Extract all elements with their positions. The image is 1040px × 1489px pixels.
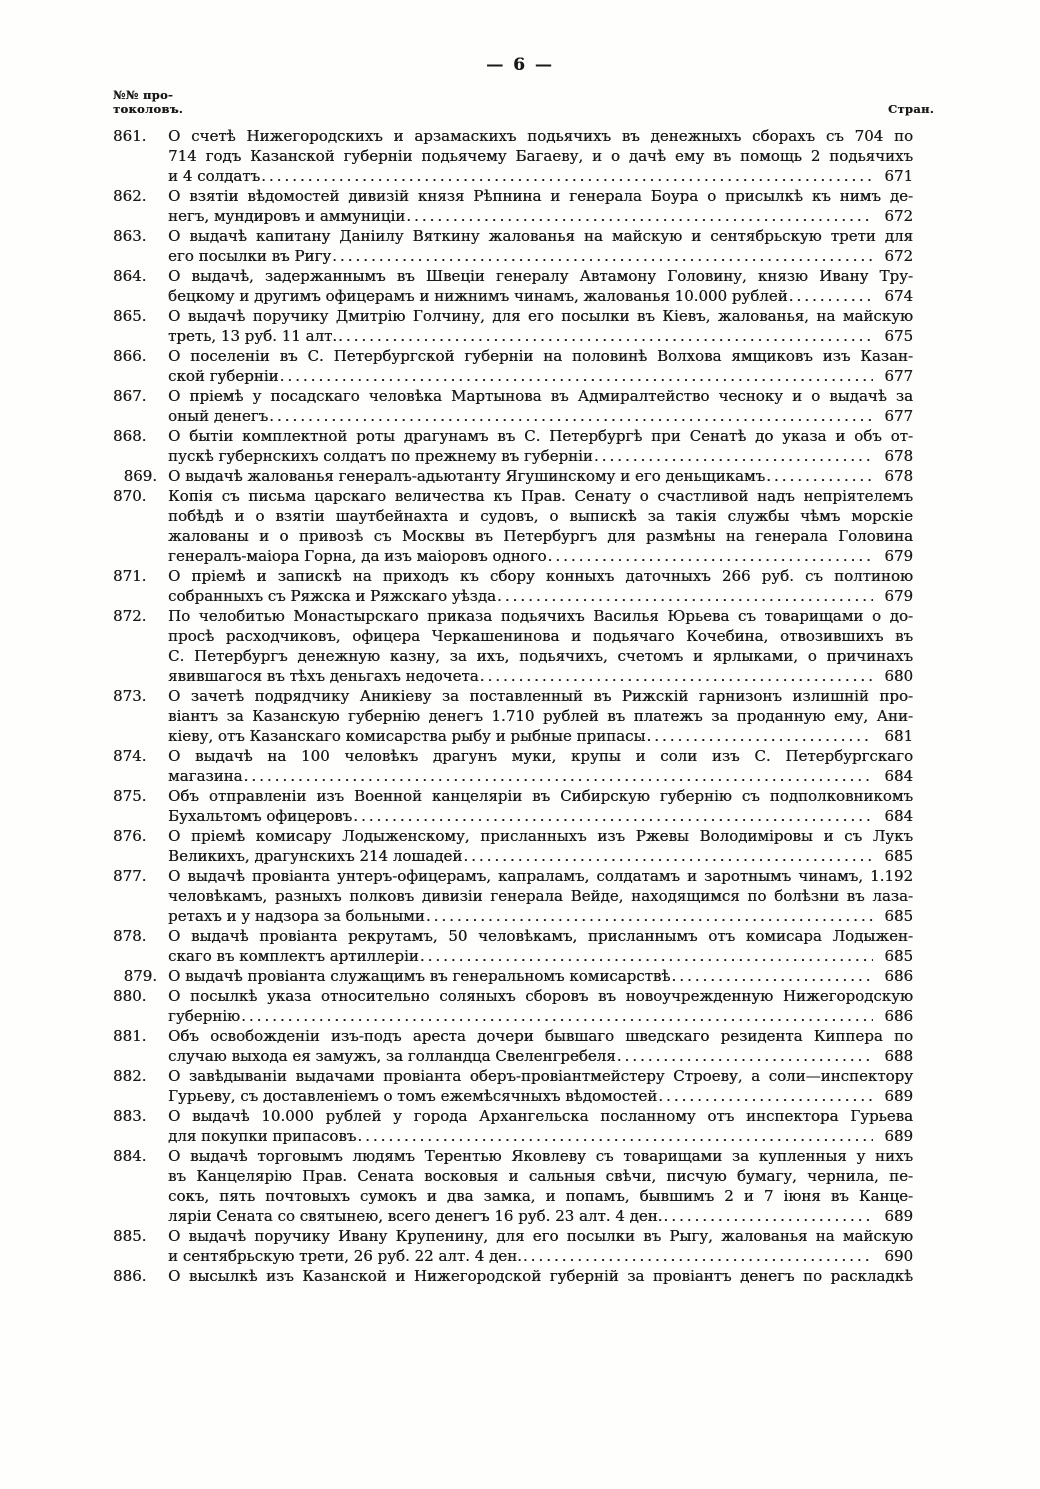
dot-leader [671,966,873,986]
dot-leader [280,366,873,386]
toc-entry: 873.О зачетѣ подрядчику Аникіеву за пост… [113,686,913,746]
entry-line: 865.О выдачѣ поручику Дмитрію Голчину, д… [113,306,913,326]
entry-page-number: 686 [879,1006,913,1026]
entry-text: и 4 солдатъ [168,166,260,186]
entry-number: 875. [113,786,157,806]
entry-text: О посылкѣ указа относительно соляныхъ сб… [168,987,913,1005]
entry-text: въ Канцелярію Прав. Сената восковыя и са… [168,1167,913,1185]
entry-line: 878.О выдачѣ провіанта рекрутамъ, 50 чел… [113,926,913,946]
protocol-header-line2: токоловъ. [113,102,183,116]
entry-line: 714 годъ Казанской губерніи подьячему Ба… [113,146,913,166]
entry-line: и 4 солдатъ671 [113,166,913,186]
dot-leader [338,326,873,346]
entry-text: ляріи Сената со святынею, всего денегъ 1… [168,1206,662,1226]
entry-text: О выдачѣ поручику Ивану Крупенину, для е… [168,1227,913,1245]
dot-leader [646,726,873,746]
entry-text: О бытіи комплектной роты драгунамъ въ С.… [168,427,913,445]
entry-line: 874.О выдачѣ на 100 человѣкъ драгунъ мук… [113,746,913,766]
entry-text: человѣкамъ, разныхъ полковъ дивизіи гене… [168,887,913,905]
entry-line: 870.Копія съ письма царскаго величества … [113,486,913,506]
entry-text: сокъ, пять почтовыхъ сумокъ и два замка,… [168,1187,913,1205]
entry-line: 884.О выдачѣ торговымъ людямъ Терентью Я… [113,1146,913,1166]
entry-text: побѣдѣ и о взятіи шаутбейнахта и судовъ,… [168,507,913,525]
entry-text: О пріемѣ и запискѣ на приходъ къ сбору к… [168,567,913,585]
dot-leader [663,1206,873,1226]
dot-leader [497,586,873,606]
entry-text: бецкому и другимъ офицерамъ и нижнимъ чи… [168,286,788,306]
entry-number: 873. [113,686,157,706]
toc-entry: 872.По челобитью Монастырскаго приказа п… [113,606,913,686]
dot-leader [548,546,873,566]
entry-text: О выдачѣ, задержаннымъ въ Швеціи генерал… [168,267,913,285]
entry-text: О выдачѣ торговымъ людямъ Терентью Яковл… [168,1147,913,1165]
entry-number: 864. [113,266,157,286]
toc-entry: 863.О выдачѣ капитану Даніилу Вяткину жа… [113,226,913,266]
entry-text: оный денегъ [168,406,268,426]
entry-text: О взятіи вѣдомостей дивизій князя Рѣпнин… [168,187,913,205]
entry-page-number: 681 [879,726,913,746]
protocol-number-column-header: №№ про- токоловъ. [113,88,183,116]
entry-line: оный денегъ677 [113,406,913,426]
entry-number: 882. [113,1066,157,1086]
toc-entry: 870.Копія съ письма царскаго величества … [113,486,913,566]
entry-text: кіеву, отъ Казанскаго комисарства рыбу и… [168,726,645,746]
entry-number: 869. [113,466,157,486]
entry-line: жалованы и о привозѣ съ Москвы въ Петерб… [113,526,913,546]
entry-line: бецкому и другимъ офицерамъ и нижнимъ чи… [113,286,913,306]
dot-leader [426,906,873,926]
entry-page-number: 672 [879,206,913,226]
entry-line: собранныхъ съ Ряжска и Ряжскаго уѣзда679 [113,586,913,606]
entry-page-number: 684 [879,806,913,826]
dot-leader [463,846,873,866]
toc-entry: 862.О взятіи вѣдомостей дивизій князя Рѣ… [113,186,913,226]
dot-leader [789,286,873,306]
entry-text: губернію [168,1006,240,1026]
entry-text: О счетѣ Нижегородскихъ и арзамаскихъ под… [168,127,913,145]
entry-page-number: 689 [879,1126,913,1146]
entry-text: О поселеніи въ С. Петербургской губерніи… [168,347,913,365]
toc-entry: 861.О счетѣ Нижегородскихъ и арзамаскихъ… [113,126,913,186]
entry-line: Бухальтомъ офицеровъ684 [113,806,913,826]
dot-leader [406,206,873,226]
entry-number: 879. [113,966,157,986]
entry-page-number: 671 [879,166,913,186]
entry-text: пускѣ губернскихъ солдатъ по прежнему въ… [168,446,593,466]
entry-text: его посылки въ Ригу [168,246,331,266]
entry-text: О завѣдываніи выдачами провіанта оберъ-п… [168,1067,913,1085]
entry-line: сокъ, пять почтовыхъ сумокъ и два замка,… [113,1186,913,1206]
entry-line: генералъ-маіора Горна, да изъ маіоровъ о… [113,546,913,566]
entry-line: 873.О зачетѣ подрядчику Аникіеву за пост… [113,686,913,706]
entry-number: 883. [113,1106,157,1126]
dot-leader [244,766,873,786]
entry-page-number: 678 [879,466,913,486]
toc-entry: 868.О бытіи комплектной роты драгунамъ в… [113,426,913,466]
entry-page-number: 689 [879,1206,913,1226]
entry-line: 875.Объ отправленіи изъ Военной канцеляр… [113,786,913,806]
toc-entries-list: 861.О счетѣ Нижегородскихъ и арзамаскихъ… [113,126,913,1286]
dot-leader [480,666,873,686]
entry-line: скаго въ комплектъ артиллеріи685 [113,946,913,966]
entry-text: генералъ-маіора Горна, да изъ маіоровъ о… [168,546,547,566]
entry-number: 876. [113,826,157,846]
entry-text: О выдачѣ провіанта рекрутамъ, 50 человѣк… [168,927,913,945]
entry-text: ской губерніи [168,366,279,386]
entry-number: 880. [113,986,157,1006]
entry-number: 886. [113,1266,157,1286]
toc-entry: 885.О выдачѣ поручику Ивану Крупенину, д… [113,1226,913,1266]
entry-text: треть, 13 руб. 11 алт. [168,326,337,346]
entry-text: случаю выхода ея замужъ, за голландца Св… [168,1046,616,1066]
dot-leader [353,806,873,826]
entry-line: явившагося въ тѣхъ деньгахъ недочета680 [113,666,913,686]
entry-page-number: 688 [879,1046,913,1066]
entry-text: О высылкѣ изъ Казанской и Нижегородской … [168,1267,913,1285]
entry-line: 861.О счетѣ Нижегородскихъ и арзамаскихъ… [113,126,913,146]
dot-leader [241,1006,873,1026]
toc-entry: 878.О выдачѣ провіанта рекрутамъ, 50 чел… [113,926,913,966]
entry-line: 864.О выдачѣ, задержаннымъ въ Швеціи ген… [113,266,913,286]
entry-line: ретахъ и у надзора за больными685 [113,906,913,926]
entry-line: С. Петербургъ денежную казну, за ихъ, по… [113,646,913,666]
entry-text: скаго въ комплектъ артиллеріи [168,946,419,966]
toc-entry: 874.О выдачѣ на 100 человѣкъ драгунъ мук… [113,746,913,786]
entry-line: 866.О поселеніи въ С. Петербургской губе… [113,346,913,366]
dot-leader [523,1246,873,1266]
entry-number: 872. [113,606,157,626]
entry-page-number: 679 [879,586,913,606]
pages-column-header: Стран. [888,102,934,116]
dot-leader [269,406,873,426]
entry-text: Гурьеву, съ доставленіемъ о томъ ежемѣся… [168,1086,657,1106]
entry-text: Объ отправленіи изъ Военной канцеляріи в… [168,787,913,805]
entry-page-number: 686 [879,966,913,986]
entry-line: 885.О выдачѣ поручику Ивану Крупенину, д… [113,1226,913,1246]
entry-page-number: 689 [879,1086,913,1106]
entry-line: его посылки въ Ригу672 [113,246,913,266]
entry-text: Объ освобожденіи изъ-подъ ареста дочери … [168,1027,913,1045]
entry-number: 861. [113,126,157,146]
entry-text: 714 годъ Казанской губерніи подьячему Ба… [168,147,913,165]
entry-line: 876.О пріемѣ комисару Лодыженскому, прис… [113,826,913,846]
entry-text: собранныхъ съ Ряжска и Ряжскаго уѣзда [168,586,496,606]
entry-page-number: 677 [879,366,913,386]
entry-line: треть, 13 руб. 11 алт.675 [113,326,913,346]
entry-line: 862.О взятіи вѣдомостей дивизій князя Рѣ… [113,186,913,206]
entry-line: 868.О бытіи комплектной роты драгунамъ в… [113,426,913,446]
entry-number: 865. [113,306,157,326]
entry-line: 869.О выдачѣ жалованья генералъ-адьютант… [113,466,913,486]
entry-line: Гурьеву, съ доставленіемъ о томъ ежемѣся… [113,1086,913,1106]
entry-text: явившагося въ тѣхъ деньгахъ недочета [168,666,479,686]
entry-text: По челобитью Монастырскаго приказа подья… [168,607,913,625]
entry-line: Великихъ, драгунскихъ 214 лошадей685 [113,846,913,866]
entry-line: 883.О выдачѣ 10.000 рублей у города Арха… [113,1106,913,1126]
entry-text: просѣ расходчиковъ, офицера Черкашенинов… [168,627,913,645]
dot-leader [617,1046,873,1066]
entry-number: 881. [113,1026,157,1046]
entry-number: 863. [113,226,157,246]
toc-entry: 879.О выдачѣ провіанта служащимъ въ гене… [113,966,913,986]
entry-line: побѣдѣ и о взятіи шаутбейнахта и судовъ,… [113,506,913,526]
entry-line: 863.О выдачѣ капитану Даніилу Вяткину жа… [113,226,913,246]
entry-line: 871.О пріемѣ и запискѣ на приходъ къ сбо… [113,566,913,586]
entry-number: 884. [113,1146,157,1166]
toc-entry: 880.О посылкѣ указа относительно соляных… [113,986,913,1026]
toc-entry: 882.О завѣдываніи выдачами провіанта обе… [113,1066,913,1106]
entry-page-number: 672 [879,246,913,266]
dot-leader [658,1086,873,1106]
entry-line: магазина684 [113,766,913,786]
toc-entry: 875.Объ отправленіи изъ Военной канцеляр… [113,786,913,826]
entry-number: 878. [113,926,157,946]
entry-text: Великихъ, драгунскихъ 214 лошадей [168,846,462,866]
entry-text: С. Петербургъ денежную казну, за ихъ, по… [168,647,913,665]
entry-text: Копія съ письма царскаго величества къ П… [168,487,913,505]
entry-line: 880.О посылкѣ указа относительно соляных… [113,986,913,1006]
toc-entry: 867.О пріемѣ у посадскаго человѣка Марты… [113,386,913,426]
entry-line: кіеву, отъ Казанскаго комисарства рыбу и… [113,726,913,746]
entry-page-number: 677 [879,406,913,426]
entry-number: 874. [113,746,157,766]
entry-number: 862. [113,186,157,206]
entry-line: 872.По челобитью Монастырскаго приказа п… [113,606,913,626]
entry-page-number: 685 [879,906,913,926]
entry-text: и сентябрьскую трети, 26 руб. 22 алт. 4 … [168,1246,522,1266]
entry-text: О выдачѣ капитану Даніилу Вяткину жалова… [168,227,913,245]
dot-leader [261,166,873,186]
entry-line: 881.Объ освобожденіи изъ-подъ ареста доч… [113,1026,913,1046]
entry-number: 866. [113,346,157,366]
entry-line: 886.О высылкѣ изъ Казанской и Нижегородс… [113,1266,913,1286]
entry-text: О зачетѣ подрядчику Аникіеву за поставле… [168,687,913,705]
entry-text: О выдачѣ жалованья генералъ-адьютанту Яг… [168,466,765,486]
entry-line: 867.О пріемѣ у посадскаго человѣка Марты… [113,386,913,406]
entry-text: О выдачѣ поручику Дмитрію Голчину, для е… [168,307,913,325]
entry-text: для покупки припасовъ [168,1126,356,1146]
entry-line: ской губерніи677 [113,366,913,386]
entry-text: жалованы и о привозѣ съ Москвы въ Петерб… [168,527,913,545]
toc-entry: 884.О выдачѣ торговымъ людямъ Терентью Я… [113,1146,913,1226]
entry-number: 868. [113,426,157,446]
toc-entry: 869.О выдачѣ жалованья генералъ-адьютант… [113,466,913,486]
entry-page-number: 684 [879,766,913,786]
entry-line: 882.О завѣдываніи выдачами провіанта обе… [113,1066,913,1086]
toc-entry: 876.О пріемѣ комисару Лодыженскому, прис… [113,826,913,866]
entry-line: 879.О выдачѣ провіанта служащимъ въ гене… [113,966,913,986]
entry-line: губернію686 [113,1006,913,1026]
entry-text: Бухальтомъ офицеровъ [168,806,352,826]
toc-entry: 883.О выдачѣ 10.000 рублей у города Арха… [113,1106,913,1146]
entry-line: негъ, мундировъ и аммуниціи672 [113,206,913,226]
entry-line: ляріи Сената со святынею, всего денегъ 1… [113,1206,913,1226]
entry-text: О выдачѣ провіанта служащимъ въ генераль… [168,966,670,986]
entry-text: О выдачѣ провіанта унтеръ-офицерамъ, кап… [168,867,913,885]
entry-number: 877. [113,866,157,886]
entry-number: 870. [113,486,157,506]
entry-line: и сентябрьскую трети, 26 руб. 22 алт. 4 … [113,1246,913,1266]
entry-text: магазина [168,766,243,786]
dot-leader [420,946,873,966]
entry-text: О пріемѣ у посадскаго человѣка Мартынова… [168,387,913,405]
toc-entry: 864.О выдачѣ, задержаннымъ въ Швеціи ген… [113,266,913,306]
protocol-header-line1: №№ про- [113,88,183,102]
entry-text: ретахъ и у надзора за больными [168,906,425,926]
toc-entry: 871.О пріемѣ и запискѣ на приходъ къ сбо… [113,566,913,606]
entry-line: для покупки припасовъ689 [113,1126,913,1146]
entry-text: О выдачѣ на 100 человѣкъ драгунъ муки, к… [168,747,913,765]
entry-number: 871. [113,566,157,586]
entry-line: віантъ за Казанскую губернію денегъ 1.71… [113,706,913,726]
dot-leader [332,246,873,266]
toc-entry: 865.О выдачѣ поручику Дмитрію Голчину, д… [113,306,913,346]
entry-page-number: 690 [879,1246,913,1266]
entry-page-number: 678 [879,446,913,466]
entry-text: О пріемѣ комисару Лодыженскому, присланн… [168,827,913,845]
entry-page-number: 685 [879,846,913,866]
scanned-document-page: — 6 — №№ про- токоловъ. Стран. 861.О сче… [0,0,1040,1489]
dot-leader [357,1126,873,1146]
entry-page-number: 685 [879,946,913,966]
entry-line: просѣ расходчиковъ, офицера Черкашенинов… [113,626,913,646]
entry-line: пускѣ губернскихъ солдатъ по прежнему въ… [113,446,913,466]
entry-number: 885. [113,1226,157,1246]
entry-line: человѣкамъ, разныхъ полковъ дивизіи гене… [113,886,913,906]
entry-page-number: 674 [879,286,913,306]
toc-entry: 866.О поселеніи въ С. Петербургской губе… [113,346,913,386]
entry-page-number: 680 [879,666,913,686]
entry-text: віантъ за Казанскую губернію денегъ 1.71… [168,707,913,725]
entry-line: случаю выхода ея замужъ, за голландца Св… [113,1046,913,1066]
entry-page-number: 675 [879,326,913,346]
entry-line: 877.О выдачѣ провіанта унтеръ-офицерамъ,… [113,866,913,886]
dot-leader [594,446,873,466]
dot-leader [766,466,873,486]
entry-page-number: 679 [879,546,913,566]
entry-number: 867. [113,386,157,406]
entry-text: негъ, мундировъ и аммуниціи [168,206,405,226]
entry-text: О выдачѣ 10.000 рублей у города Архангел… [168,1107,913,1125]
toc-entry: 881.Объ освобожденіи изъ-подъ ареста доч… [113,1026,913,1066]
entry-line: въ Канцелярію Прав. Сената восковыя и са… [113,1166,913,1186]
toc-entry: 886.О высылкѣ изъ Казанской и Нижегородс… [113,1266,913,1286]
page-folio-number: — 6 — [0,55,1040,75]
toc-entry: 877.О выдачѣ провіанта унтеръ-офицерамъ,… [113,866,913,926]
